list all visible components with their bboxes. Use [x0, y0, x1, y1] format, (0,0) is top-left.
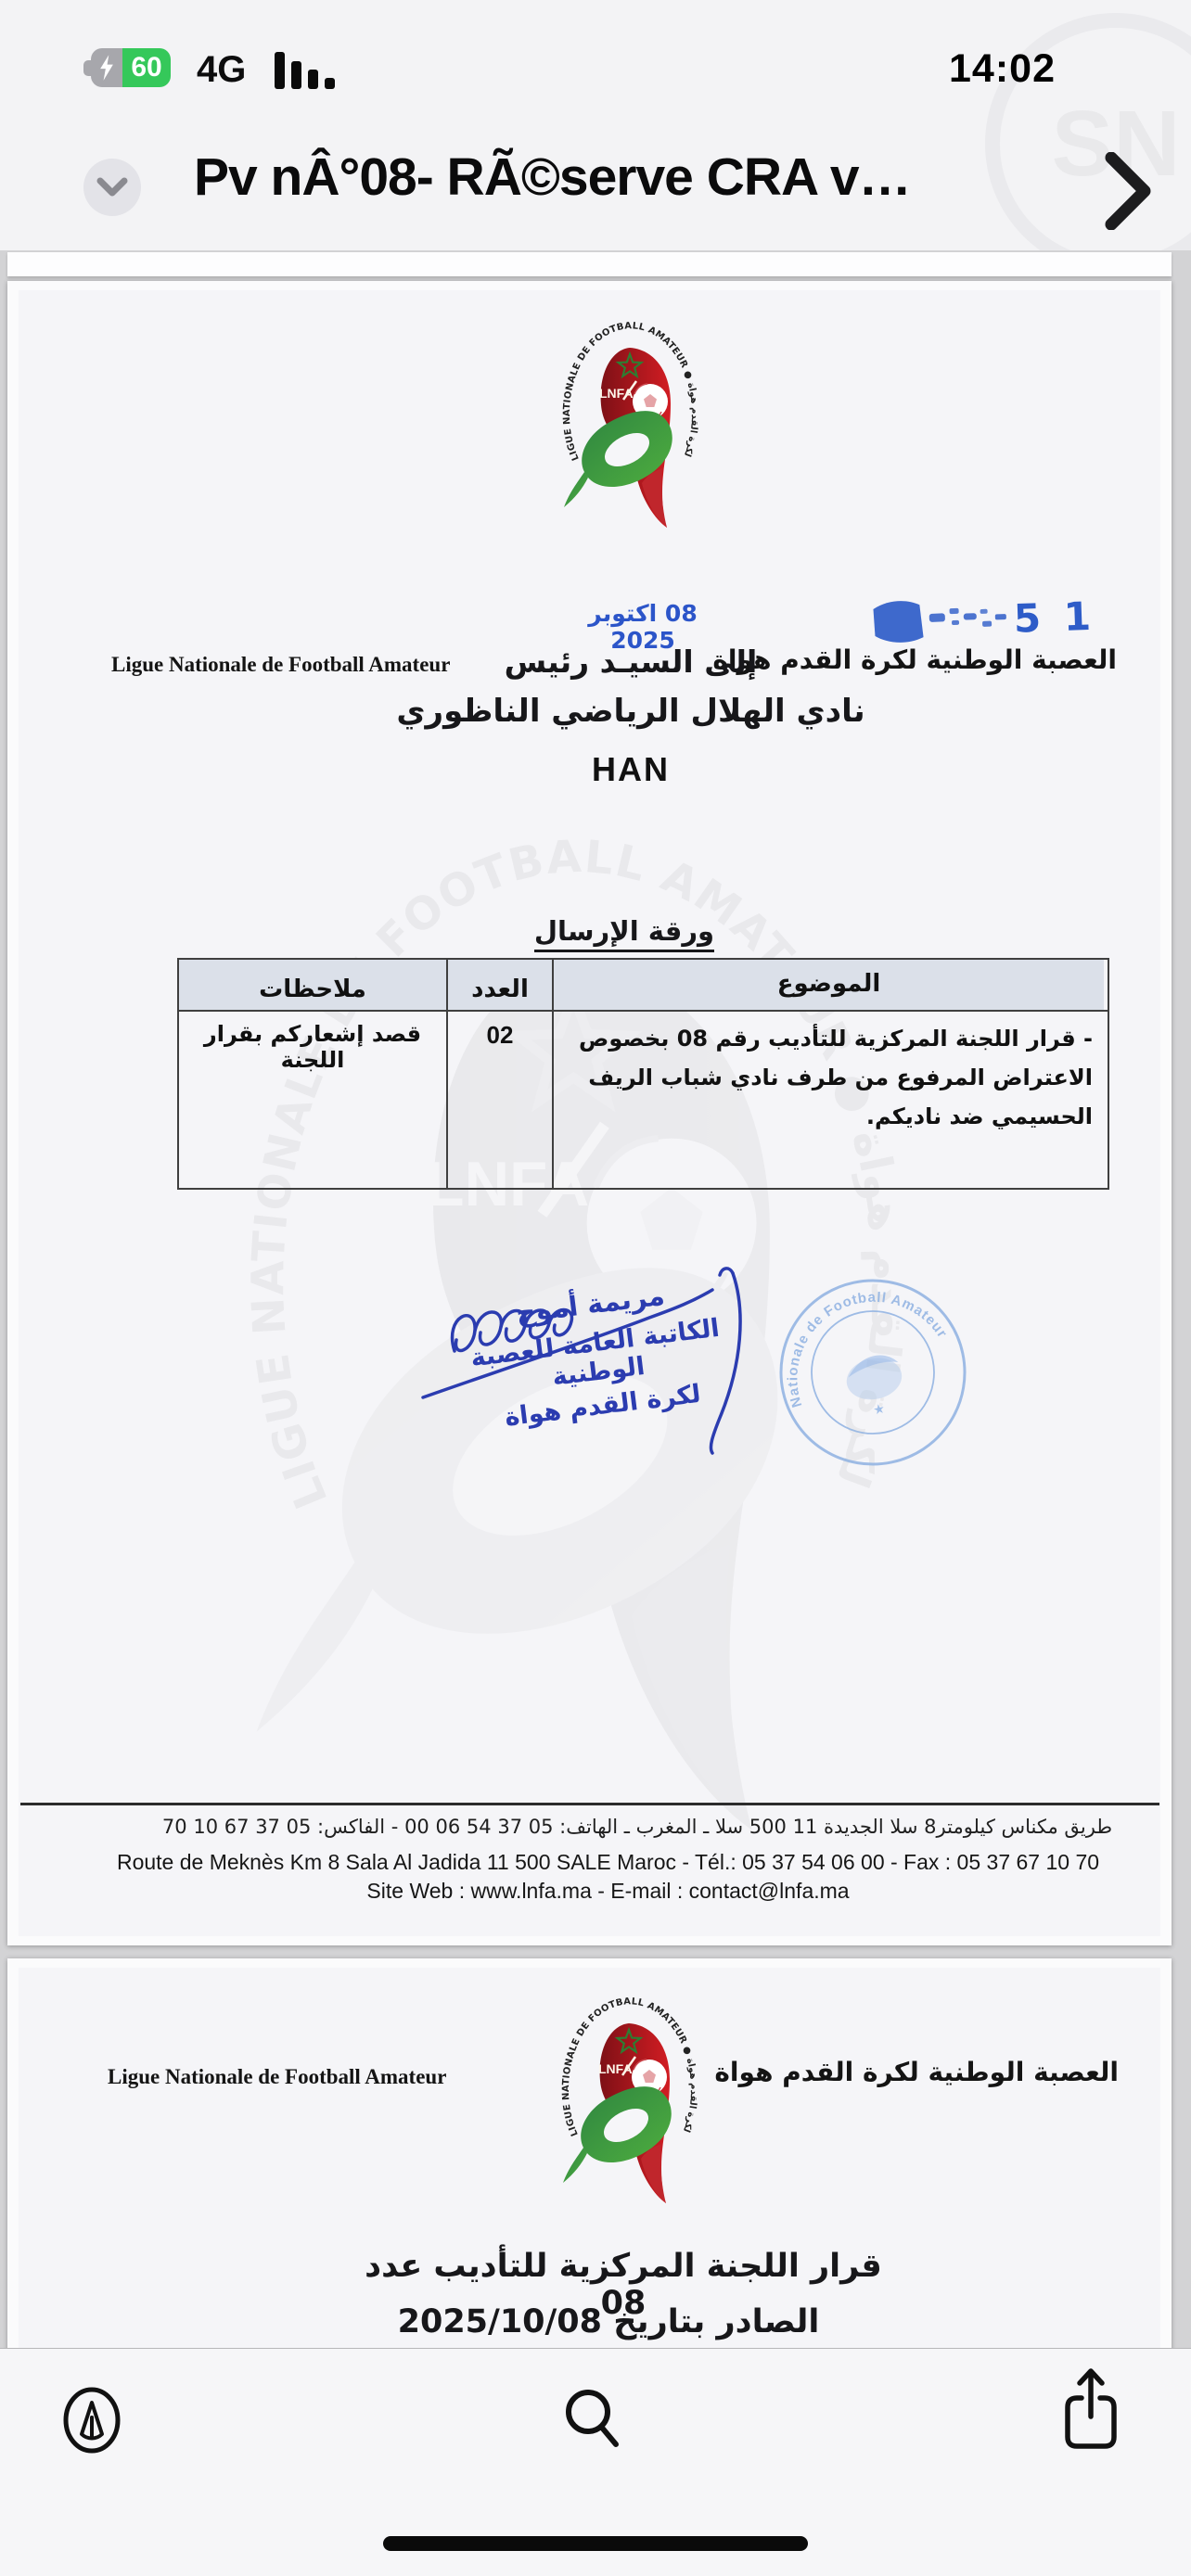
org-name-ar: العصبة الوطنية لكرة القدم هواة — [714, 2057, 1119, 2087]
home-indicator[interactable] — [383, 2536, 808, 2551]
footer-address-ar: طريق مكناس كيلومتر8 سلا الجديدة 11 500 س… — [127, 1816, 1147, 1838]
share-button[interactable] — [1054, 2365, 1128, 2458]
doc-section-title: ورقة الإرسال — [513, 915, 736, 947]
recipient-line-2: نادي الهلال الرياضي الناظوري — [352, 693, 909, 730]
search-icon — [560, 2386, 625, 2453]
table-header-row: ملاحظات العدد الموضوع — [179, 960, 1108, 1012]
table-row: قصد إشعاركم بقرار اللجنة 02 - قرار اللجن… — [179, 1012, 1108, 1188]
signal-strength-icon — [275, 50, 335, 89]
footer-address-fr: Route de Meknès Km 8 Sala Al Jadida 11 5… — [45, 1850, 1172, 1875]
page-edge — [7, 252, 1172, 276]
transmittal-table: ملاحظات العدد الموضوع قصد إشعاركم بقرار … — [177, 958, 1109, 1190]
lnfa-logo — [556, 1996, 704, 2218]
markup-pen-icon — [59, 2386, 124, 2455]
document-scroll-area[interactable]: Ligue Nationale de Football Amateur العص… — [0, 250, 1191, 2576]
svg-text:★: ★ — [872, 1400, 887, 1417]
chevron-right-icon — [1102, 152, 1156, 230]
org-name-fr: Ligue Nationale de Football Amateur — [108, 2065, 446, 2089]
document-page-1: Ligue Nationale de Football Amateur العص… — [7, 281, 1172, 1945]
search-button[interactable] — [560, 2386, 625, 2455]
phone-screen: SN 60 4G 14:02 Pv nÂ°08- RÃ©serve CRA v…… — [0, 0, 1191, 2576]
charging-bolt-icon — [91, 48, 122, 87]
footer-web-line: Site Web : www.lnfa.ma - E-mail : contac… — [45, 1879, 1172, 1904]
table-header-notes: ملاحظات — [179, 960, 446, 1010]
table-header-count: العدد — [446, 960, 552, 1010]
markup-button[interactable] — [59, 2386, 124, 2457]
battery-level: 60 — [122, 48, 171, 87]
battery-indicator: 60 — [91, 48, 171, 87]
reference-number: 5 1 3 — [1013, 592, 1091, 642]
forward-chevron-button[interactable] — [1102, 152, 1156, 235]
share-icon — [1054, 2365, 1128, 2455]
decision-title-line-2: الصادر بتاريخ 2025/10/08 — [330, 2303, 887, 2340]
doc-section-title-text: ورقة الإرسال — [534, 915, 714, 952]
status-time: 14:02 — [949, 46, 1056, 92]
recipient-line-1: إلى السيـد رئيس — [352, 644, 909, 680]
table-header-subject: الموضوع — [552, 960, 1104, 1010]
collapse-button[interactable] — [83, 159, 141, 216]
recipient-line-3: HAN — [352, 750, 909, 789]
footer-rule — [20, 1803, 1159, 1805]
document-title: Pv nÂ°08- RÃ©serve CRA v… — [194, 147, 1084, 208]
table-cell-count: 02 — [446, 1012, 552, 1188]
chevron-down-icon — [96, 176, 129, 198]
table-cell-notes: قصد إشعاركم بقرار اللجنة — [179, 1012, 446, 1188]
official-round-stamp: Nationale de Football Amateur ★ — [775, 1275, 970, 1470]
lnfa-logo — [557, 320, 705, 542]
network-type-label: 4G — [197, 49, 246, 91]
table-cell-subject: - قرار اللجنة المركزية للتأديب رقم 08 بخ… — [552, 1012, 1104, 1188]
